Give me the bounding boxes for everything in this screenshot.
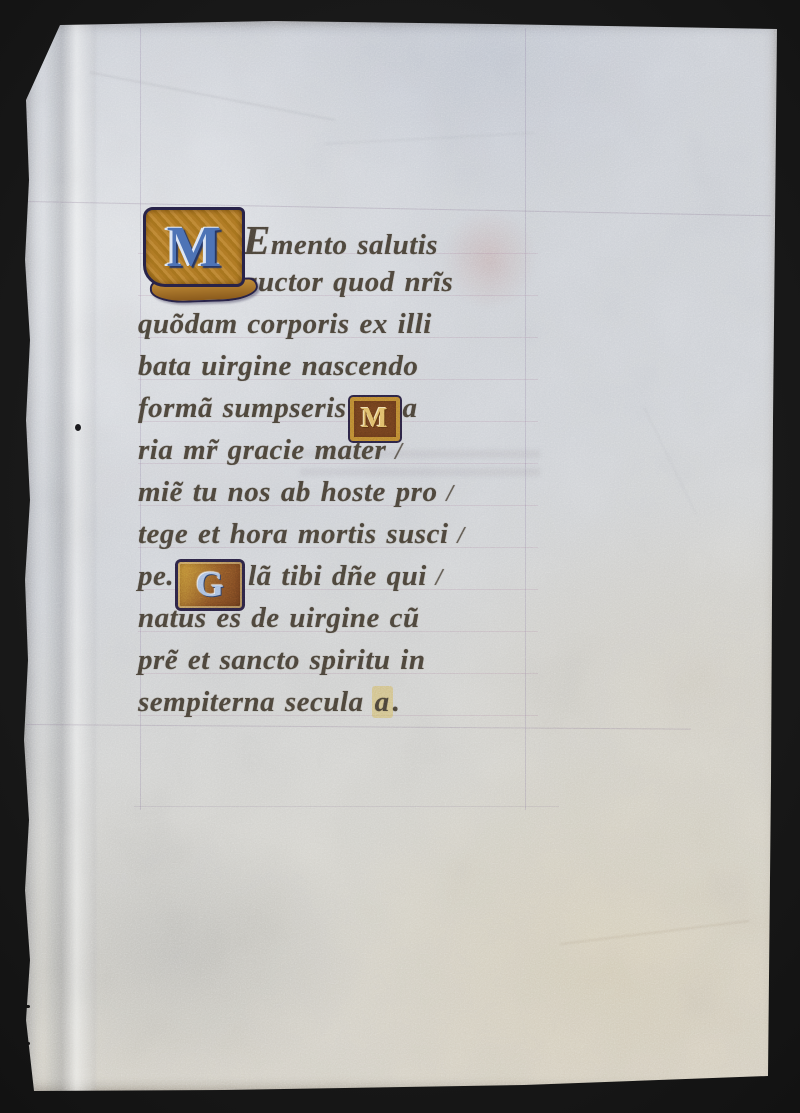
photo-backdrop: M Emento salutis auctor quod nrĩs quõdam… <box>0 0 800 1113</box>
manuscript-line: ria mr̃ gracie mater/ <box>138 429 538 471</box>
ruling-horizontal-top <box>26 201 771 216</box>
line-text: bata uirgine nascendo <box>138 350 418 382</box>
line-text: natus es de uirgine cũ <box>138 602 420 634</box>
crease-line <box>643 406 697 514</box>
manuscript-line: prẽ et sancto spiritu in <box>138 639 538 681</box>
line-text: tege et hora mortis susci <box>138 518 449 550</box>
manuscript-line: miẽ tu nos ab hoste pro/ <box>138 471 538 513</box>
line-text: lã tibi dñe qui <box>248 560 427 592</box>
sewing-hole <box>23 1042 30 1045</box>
line-text: pe. <box>138 560 174 592</box>
line-text: quõdam corporis ex illi <box>138 308 432 340</box>
ruling-horizontal-lower <box>134 806 559 807</box>
manuscript-line: tege et hora mortis susci/ <box>138 513 538 555</box>
line-text: ria mr̃ gracie mater <box>138 434 386 466</box>
line-text: a <box>403 392 418 424</box>
wormhole <box>75 424 81 431</box>
line-text: . <box>393 686 401 718</box>
line-text: formã sumpseris <box>138 392 347 424</box>
left-fold-shadow <box>44 20 96 1093</box>
line-text: miẽ tu nos ab hoste pro <box>138 476 437 508</box>
manuscript-line: pe.Glã tibi dñe qui/ <box>138 555 538 597</box>
line-text: auctor quod nrĩs <box>243 266 453 298</box>
illuminated-initial-M-large: M <box>143 207 245 287</box>
line-filler-slash: / <box>395 439 402 465</box>
line-text: sempiterna secula <box>138 686 364 718</box>
manuscript-line: quõdam corporis ex illi <box>138 303 538 345</box>
amen-letter-highlighted: a <box>372 686 393 718</box>
line-text: Emento salutis <box>243 229 438 261</box>
vein-line <box>561 920 750 944</box>
manuscript-line: sempiterna seculaa. <box>138 681 538 723</box>
line-filler-slash: / <box>458 523 465 549</box>
ruling-horizontal-bottom <box>26 724 691 730</box>
manuscript-line: formã sumpserisMa <box>138 387 538 429</box>
line-filler-slash: / <box>436 565 443 591</box>
manuscript-line: natus es de uirgine cũ <box>138 597 538 639</box>
line-text: prẽ et sancto spiritu in <box>138 644 426 676</box>
manuscript-line: bata uirgine nascendo <box>138 345 538 387</box>
initial-letter: M <box>167 218 222 276</box>
crease-line <box>90 72 336 121</box>
crease-line <box>324 133 534 145</box>
line-filler-slash: / <box>446 481 453 507</box>
sewing-hole <box>23 1005 30 1008</box>
manuscript-leaf: M Emento salutis auctor quod nrĩs quõdam… <box>24 20 781 1093</box>
